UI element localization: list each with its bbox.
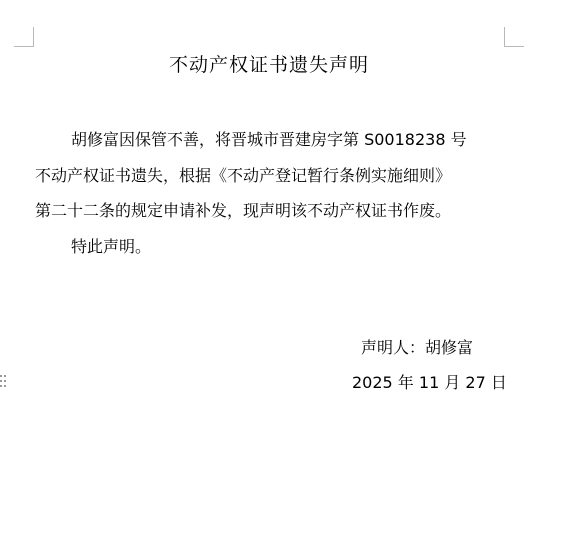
top-right-margin-mark [504, 27, 524, 47]
body-line-4: 特此声明。 [35, 229, 505, 265]
drag-handle-icon[interactable] [0, 375, 8, 389]
date-line: 2025 年 11 月 27 日 [352, 370, 507, 396]
top-left-margin-mark [14, 27, 34, 47]
body-line-1: 胡修富因保管不善，将晋城市晋建房字第 S0018238 号 [35, 122, 505, 158]
body-line-3: 第二十二条的规定申请补发，现声明该不动产权证书作废。 [35, 193, 505, 229]
document-page[interactable]: 不动产权证书遗失声明 胡修富因保管不善，将晋城市晋建房字第 S0018238 号… [0, 0, 566, 534]
signature-line: 声明人：胡修富 [361, 335, 473, 361]
body-line-2: 不动产权证书遗失，根据《不动产登记暂行条例实施细则》 [35, 158, 505, 194]
document-title: 不动产权证书遗失声明 [0, 52, 538, 78]
document-body: 胡修富因保管不善，将晋城市晋建房字第 S0018238 号 不动产权证书遗失，根… [35, 122, 505, 264]
